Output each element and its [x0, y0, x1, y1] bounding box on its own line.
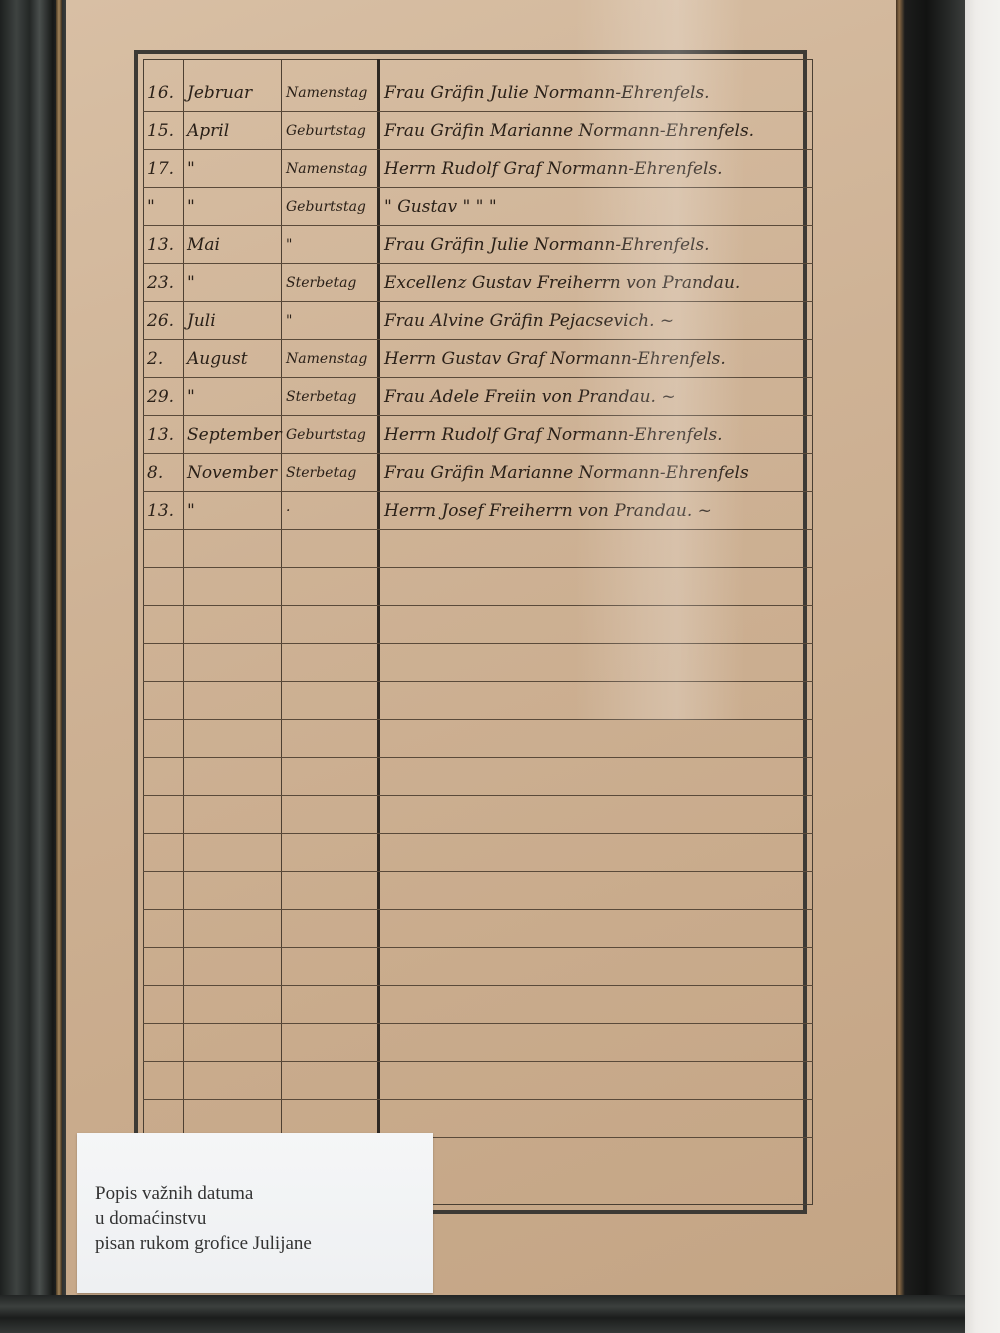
frame-right-molding — [895, 0, 965, 1333]
month-cell: Jebruar — [187, 82, 282, 104]
person-cell: Herrn Gustav Graf Normann-Ehrenfels. — [384, 348, 809, 370]
person-cell: Frau Gräfin Marianne Normann-Ehrenfels. — [384, 120, 809, 142]
table-row: 16.JebruarNamenstagFrau Gräfin Julie Nor… — [143, 74, 813, 112]
table-row: 13.Mai"Frau Gräfin Julie Normann-Ehrenfe… — [143, 226, 813, 264]
occasion-cell: Geburtstag — [286, 120, 378, 142]
table-row: 8.NovemberSterbetagFrau Gräfin Marianne … — [143, 454, 813, 492]
occasion-cell: Geburtstag — [286, 196, 378, 218]
table-row: 29."SterbetagFrau Adele Freiin von Prand… — [143, 378, 813, 416]
day-cell: " — [147, 196, 183, 218]
month-cell: November — [187, 462, 282, 484]
occasion-cell: Sterbetag — [286, 462, 378, 484]
month-cell: " — [187, 196, 282, 218]
person-cell: Herrn Josef Freiherrn von Prandau. ~ — [384, 500, 809, 522]
empty-table-row — [143, 796, 813, 834]
label-line-3: pisan rukom grofice Julijane — [95, 1233, 312, 1255]
occasion-cell: Namenstag — [286, 82, 378, 104]
occasion-cell: Sterbetag — [286, 386, 378, 408]
day-cell: 26. — [147, 310, 183, 332]
occasion-cell: Namenstag — [286, 158, 378, 180]
person-cell: Frau Gräfin Julie Normann-Ehrenfels. — [384, 234, 809, 256]
person-cell: Excellenz Gustav Freiherrn von Prandau. — [384, 272, 809, 294]
occasion-cell: " — [286, 310, 378, 332]
day-cell: 13. — [147, 234, 183, 256]
month-cell: April — [187, 120, 282, 142]
empty-table-row — [143, 1024, 813, 1062]
day-cell: 17. — [147, 158, 183, 180]
occasion-cell: " — [286, 234, 378, 256]
wall-background — [960, 0, 1000, 1333]
table-row: 13.SeptemberGeburtstagHerrn Rudolf Graf … — [143, 416, 813, 454]
label-line-1: Popis važnih datuma — [95, 1183, 253, 1205]
person-cell: Frau Gräfin Julie Normann-Ehrenfels. — [384, 82, 809, 104]
month-cell: September — [187, 424, 282, 446]
empty-table-row — [143, 720, 813, 758]
person-cell: Frau Alvine Gräfin Pejacsevich. ~ — [384, 310, 809, 332]
table-row: 26.Juli"Frau Alvine Gräfin Pejacsevich. … — [143, 302, 813, 340]
empty-table-row — [143, 644, 813, 682]
empty-table-row — [143, 758, 813, 796]
month-cell: " — [187, 500, 282, 522]
month-cell: " — [187, 272, 282, 294]
empty-table-row — [143, 606, 813, 644]
month-cell: " — [187, 386, 282, 408]
day-cell: 13. — [147, 500, 183, 522]
table-row: 2.AugustNamenstagHerrn Gustav Graf Norma… — [143, 340, 813, 378]
person-cell: Herrn Rudolf Graf Normann-Ehrenfels. — [384, 424, 809, 446]
occasion-cell: · — [286, 500, 378, 522]
month-cell: " — [187, 158, 282, 180]
day-cell: 8. — [147, 462, 183, 484]
empty-table-row — [143, 530, 813, 568]
person-cell: Herrn Rudolf Graf Normann-Ehrenfels. — [384, 158, 809, 180]
empty-table-row — [143, 872, 813, 910]
empty-table-row — [143, 910, 813, 948]
museum-label-card: Popis važnih datuma u domaćinstvu pisan … — [77, 1133, 433, 1293]
table-row: 23."SterbetagExcellenz Gustav Freiherrn … — [143, 264, 813, 302]
empty-table-row — [143, 568, 813, 606]
frame-bottom-molding — [0, 1295, 965, 1333]
table-row: ""Geburtstag" Gustav " " " — [143, 188, 813, 226]
empty-table-row — [143, 1062, 813, 1100]
table-row: 15.AprilGeburtstagFrau Gräfin Marianne N… — [143, 112, 813, 150]
day-cell: 13. — [147, 424, 183, 446]
person-cell: " Gustav " " " — [384, 196, 809, 218]
month-cell: August — [187, 348, 282, 370]
table-row: 17."NamenstagHerrn Rudolf Graf Normann-E… — [143, 150, 813, 188]
empty-table-row — [143, 948, 813, 986]
day-cell: 29. — [147, 386, 183, 408]
empty-table-row — [143, 834, 813, 872]
occasion-cell: Namenstag — [286, 348, 378, 370]
month-cell: Mai — [187, 234, 282, 256]
day-cell: 23. — [147, 272, 183, 294]
person-cell: Frau Adele Freiin von Prandau. ~ — [384, 386, 809, 408]
label-line-2: u domaćinstvu — [95, 1208, 206, 1230]
occasion-cell: Geburtstag — [286, 424, 378, 446]
person-cell: Frau Gräfin Marianne Normann-Ehrenfels — [384, 462, 809, 484]
occasion-cell: Sterbetag — [286, 272, 378, 294]
day-cell: 2. — [147, 348, 183, 370]
day-cell: 15. — [147, 120, 183, 142]
frame-gilt-strip — [56, 0, 62, 1300]
table-row: 13."·Herrn Josef Freiherrn von Prandau. … — [143, 492, 813, 530]
day-cell: 16. — [147, 82, 183, 104]
empty-table-row — [143, 682, 813, 720]
empty-table-row — [143, 986, 813, 1024]
month-cell: Juli — [187, 310, 282, 332]
